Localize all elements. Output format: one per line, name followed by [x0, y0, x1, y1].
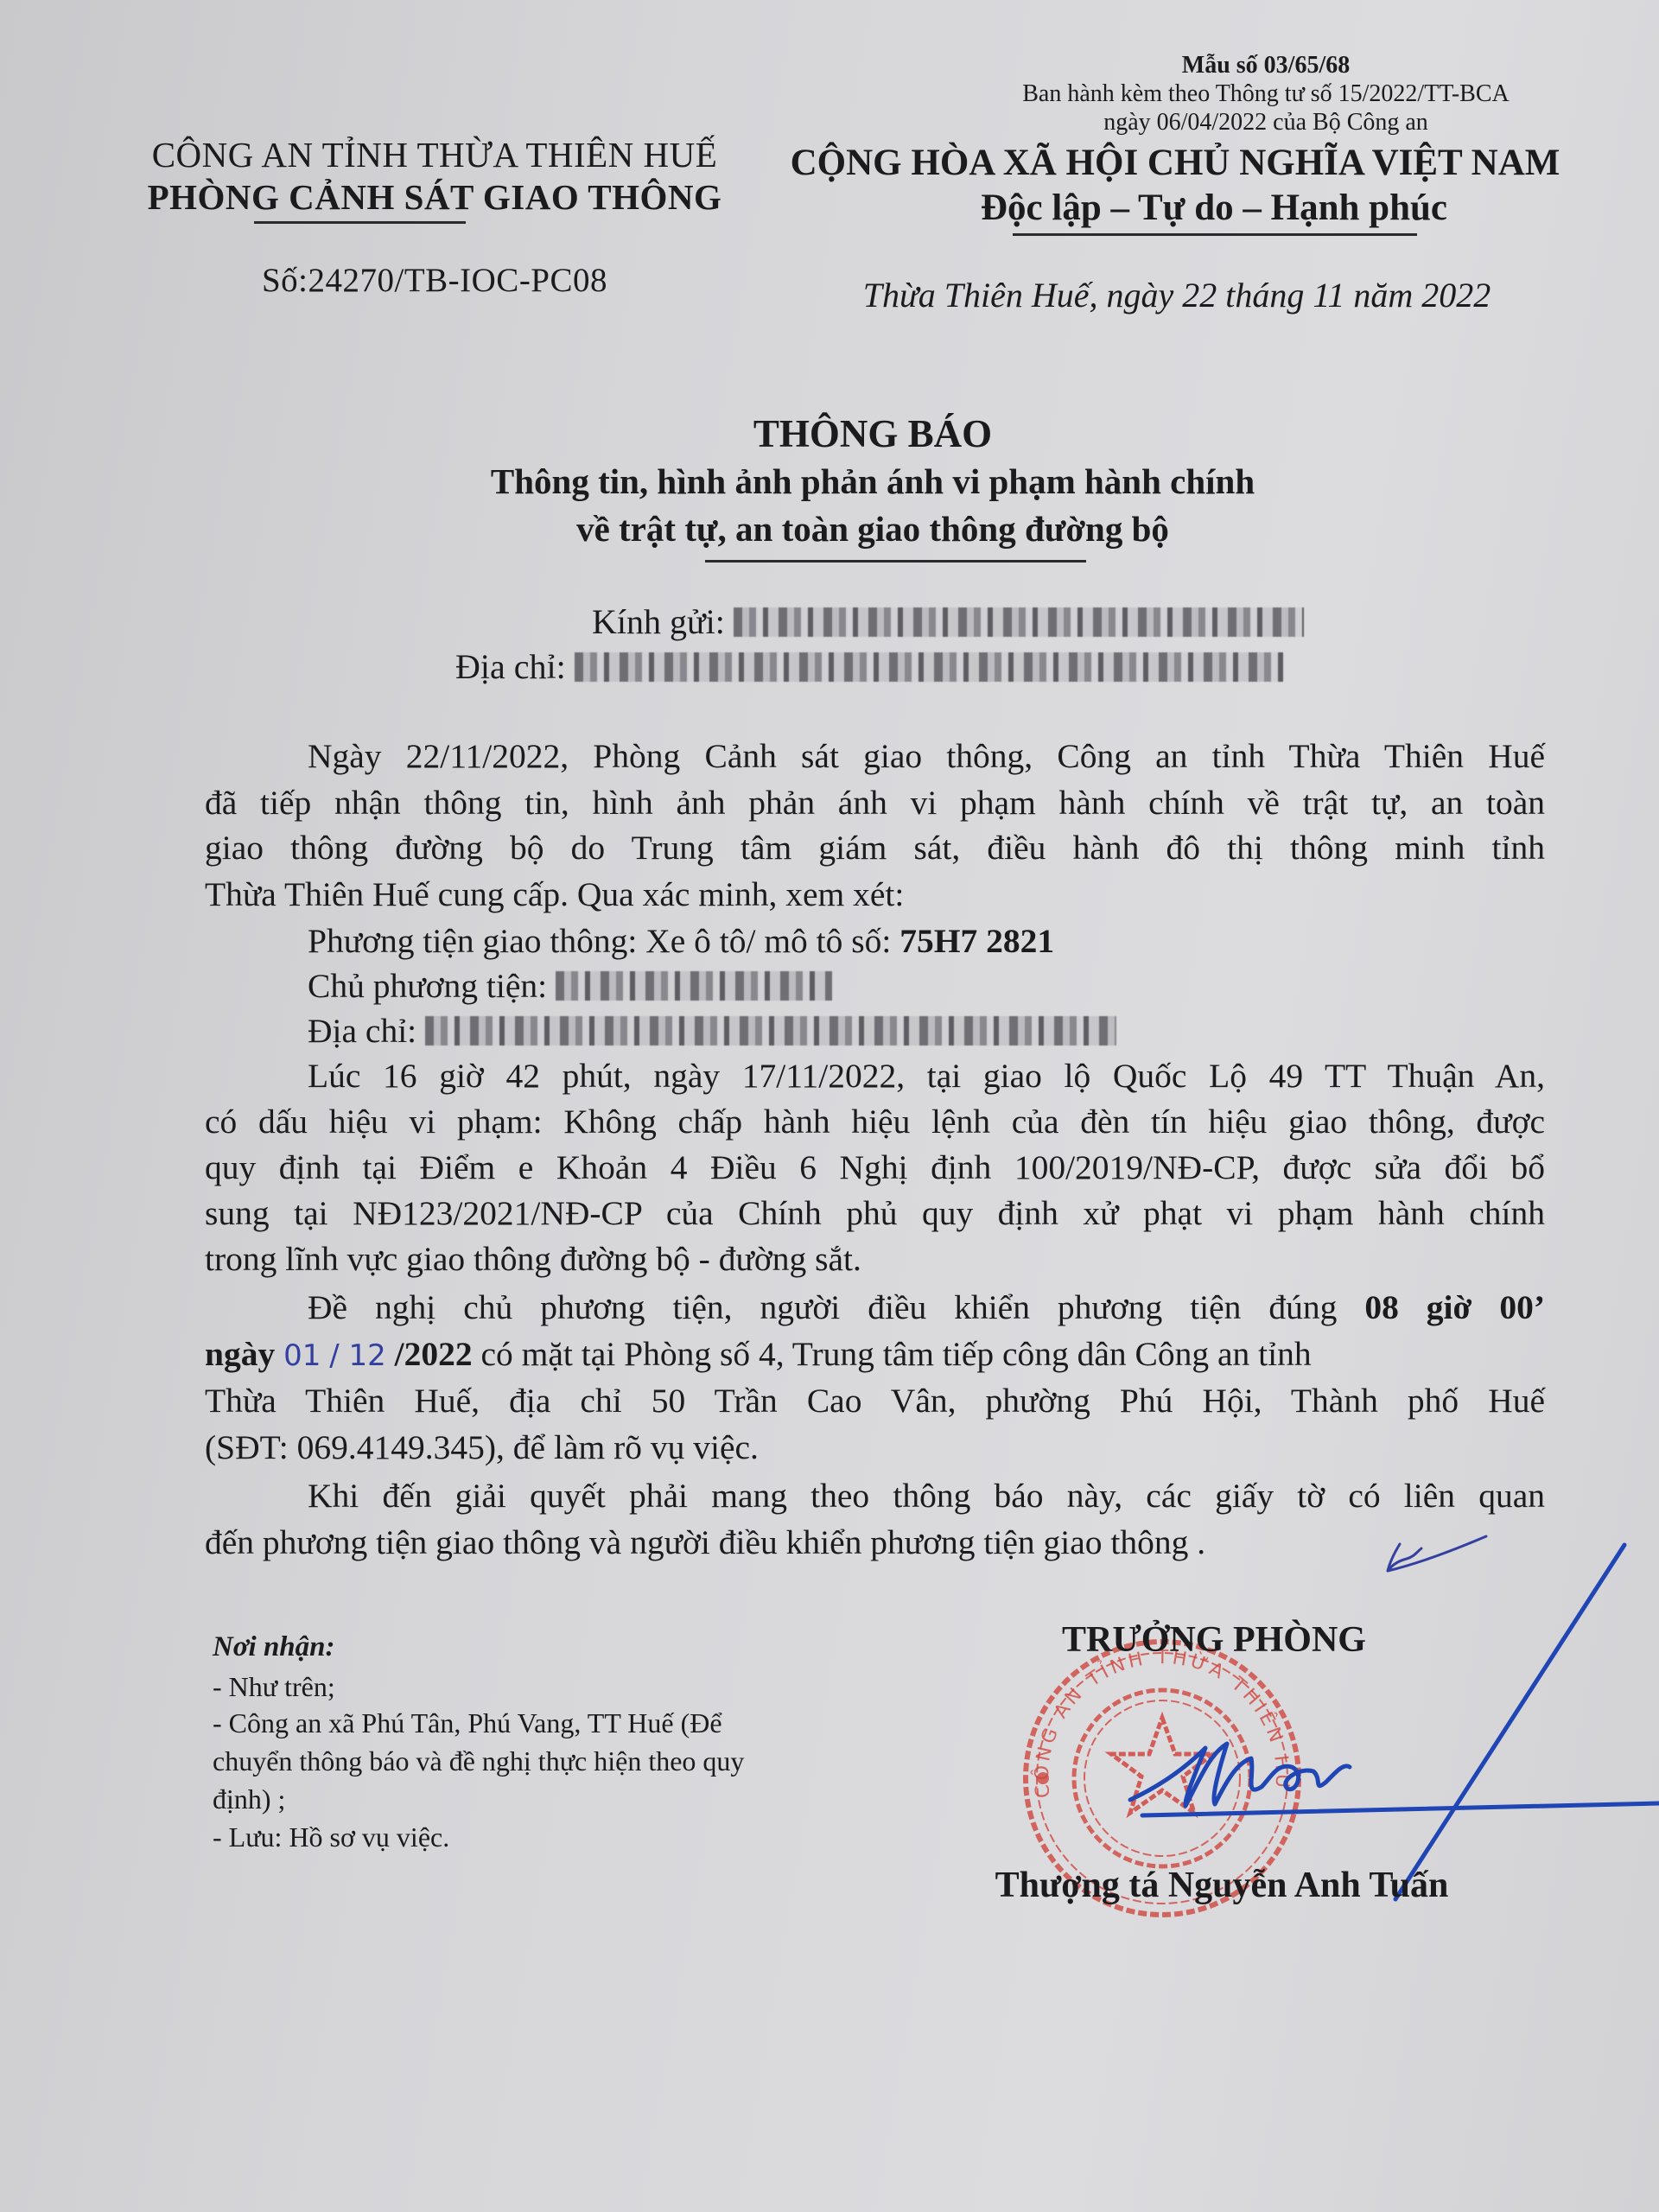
signatory-name: Thượng tá Nguyễn Anh Tuấn	[995, 1865, 1449, 1906]
